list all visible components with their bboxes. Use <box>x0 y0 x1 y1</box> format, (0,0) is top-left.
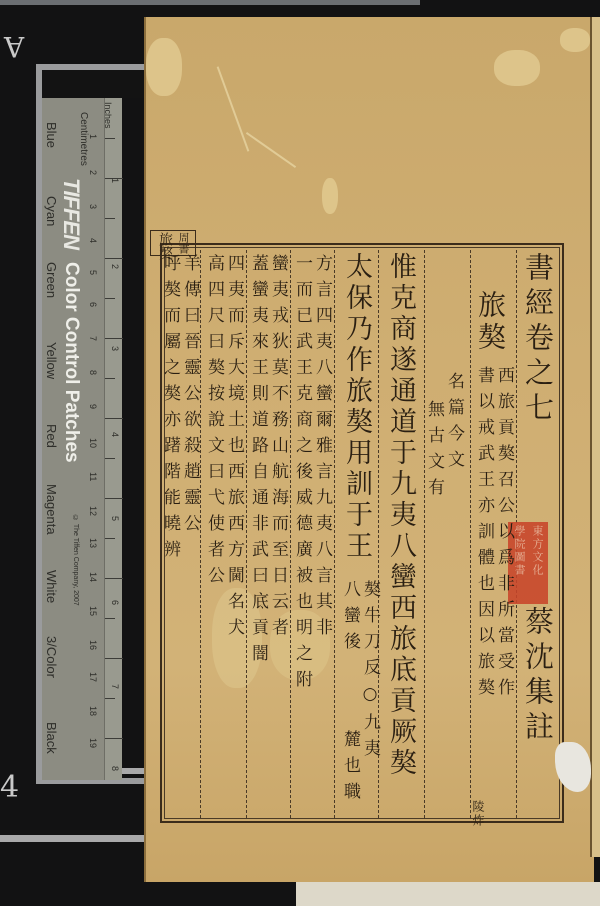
paper-stain <box>322 178 338 214</box>
cm-tick-12: 12 <box>88 506 98 516</box>
patch-label-magenta: Magenta <box>44 484 59 535</box>
column-rule <box>424 250 425 818</box>
note-column: 書以戒武王亦訓體也因以旅獒 <box>474 366 493 704</box>
cm-tick-3: 3 <box>88 204 98 209</box>
background-stripe <box>0 835 152 842</box>
column-rule <box>200 250 201 818</box>
inch-tick-3: 3 <box>110 346 120 351</box>
cm-tick-10: 10 <box>88 438 98 448</box>
chapter-heading: 旅獒 <box>474 290 506 354</box>
cm-tick-19: 19 <box>88 738 98 748</box>
paper-stain <box>146 38 182 96</box>
cm-tick-8: 8 <box>88 370 98 375</box>
tiffen-logo: TIFFEN <box>58 178 84 249</box>
main-text-column: 惟克商遂通道于九夷八蠻西旅底貢厥獒 <box>384 252 416 779</box>
note-column: 呼獒而屬之獒亦躇階能曉辨 <box>160 254 179 566</box>
cm-tick-6: 6 <box>88 302 98 307</box>
column-rule <box>246 250 247 818</box>
inch-tick-6: 6 <box>110 600 120 605</box>
column-rule <box>470 250 471 818</box>
cm-tick-7: 7 <box>88 336 98 341</box>
note-column: 無古文有 <box>424 400 443 504</box>
cm-tick-16: 16 <box>88 640 98 650</box>
note-column: 方言四夷八蠻爾雅言九夷八言其非 <box>312 254 331 644</box>
color-card-dark-patch <box>42 70 154 98</box>
cm-tick-13: 13 <box>88 538 98 548</box>
note-column: 八蠻後 <box>340 580 359 658</box>
page-edge <box>590 17 600 857</box>
cm-tick-15: 15 <box>88 606 98 616</box>
cm-tick-2: 2 <box>88 170 98 175</box>
inch-tick-5: 5 <box>110 516 120 521</box>
note-column: 西旅貢獒召公以爲非所當受作 <box>494 366 513 704</box>
note-column: 羊傳曰晉靈公欲殺趙靈公 <box>180 254 199 540</box>
note-column: 麓也職 <box>340 730 359 808</box>
inch-tick-7: 7 <box>110 684 120 689</box>
cm-tick-4: 4 <box>88 238 98 243</box>
patch-label-yellow: Yellow <box>44 342 59 379</box>
paper-stain <box>560 28 590 52</box>
note-column: 一而已武王克商之後威德廣被也明之附 <box>292 254 311 696</box>
cm-tick-1: 1 <box>88 134 98 139</box>
note-column: 蓋蠻夷來王則道路自通非武曰底貢闇 <box>248 254 267 670</box>
patch-label-red: Red <box>44 424 59 448</box>
inch-tick-1: 1 <box>110 178 120 183</box>
background-mark-a: A <box>4 30 24 63</box>
cm-tick-17: 17 <box>88 672 98 682</box>
ruler-scale <box>104 98 122 780</box>
note-column: 獒牛刀反○九夷 <box>360 580 379 765</box>
cm-tick-11: 11 <box>88 472 98 481</box>
inches-label: Inches <box>103 102 113 129</box>
main-text-column: 太保乃作旅獒用訓于王 <box>340 252 372 562</box>
background-mark-4: 4 <box>0 770 19 805</box>
volume-title: 書經卷之七 <box>518 252 559 427</box>
inch-tick-2: 2 <box>110 264 120 269</box>
column-rule <box>334 250 335 818</box>
note-column: 高四尺曰獒按說文曰弋使者公 <box>204 254 223 592</box>
patch-label-white: White <box>44 570 59 603</box>
seal-text-1: 東方文化 <box>529 525 545 601</box>
bottom-partial-text: 陵炸 <box>468 800 487 828</box>
background-band <box>0 0 420 5</box>
cm-tick-9: 9 <box>88 404 98 409</box>
patch-label-cyan: Cyan <box>44 196 59 226</box>
copyright-text: © The Tiffen Company, 2007 <box>72 515 79 606</box>
red-seal: 東方文化 學院圖書 <box>508 522 548 604</box>
color-card-title: Color Control Patches <box>60 262 82 463</box>
compiler-credit: 蔡沈集註 <box>518 606 559 746</box>
patch-label-3color: 3/Color <box>44 636 59 678</box>
inch-tick-8: 8 <box>110 766 120 771</box>
cm-tick-5: 5 <box>88 270 98 275</box>
note-column: 名篇今文 <box>444 372 463 476</box>
cm-tick-18: 18 <box>88 706 98 716</box>
patch-label-black: Black <box>44 722 59 754</box>
ear-label-1: 周書 <box>178 232 189 254</box>
paper-stain <box>494 50 540 86</box>
patch-label-green: Green <box>44 262 59 298</box>
cm-tick-14: 14 <box>88 572 98 582</box>
note-column: 四夷而斥大境土也西旅西方閫名犬 <box>224 254 243 644</box>
patch-label-blue: Blue <box>44 122 59 148</box>
column-rule <box>290 250 291 818</box>
underlying-paper <box>296 882 600 906</box>
inch-tick-4: 4 <box>110 432 120 437</box>
note-column: 蠻夷戎狄莫不務山航海而至日云者 <box>268 254 287 644</box>
